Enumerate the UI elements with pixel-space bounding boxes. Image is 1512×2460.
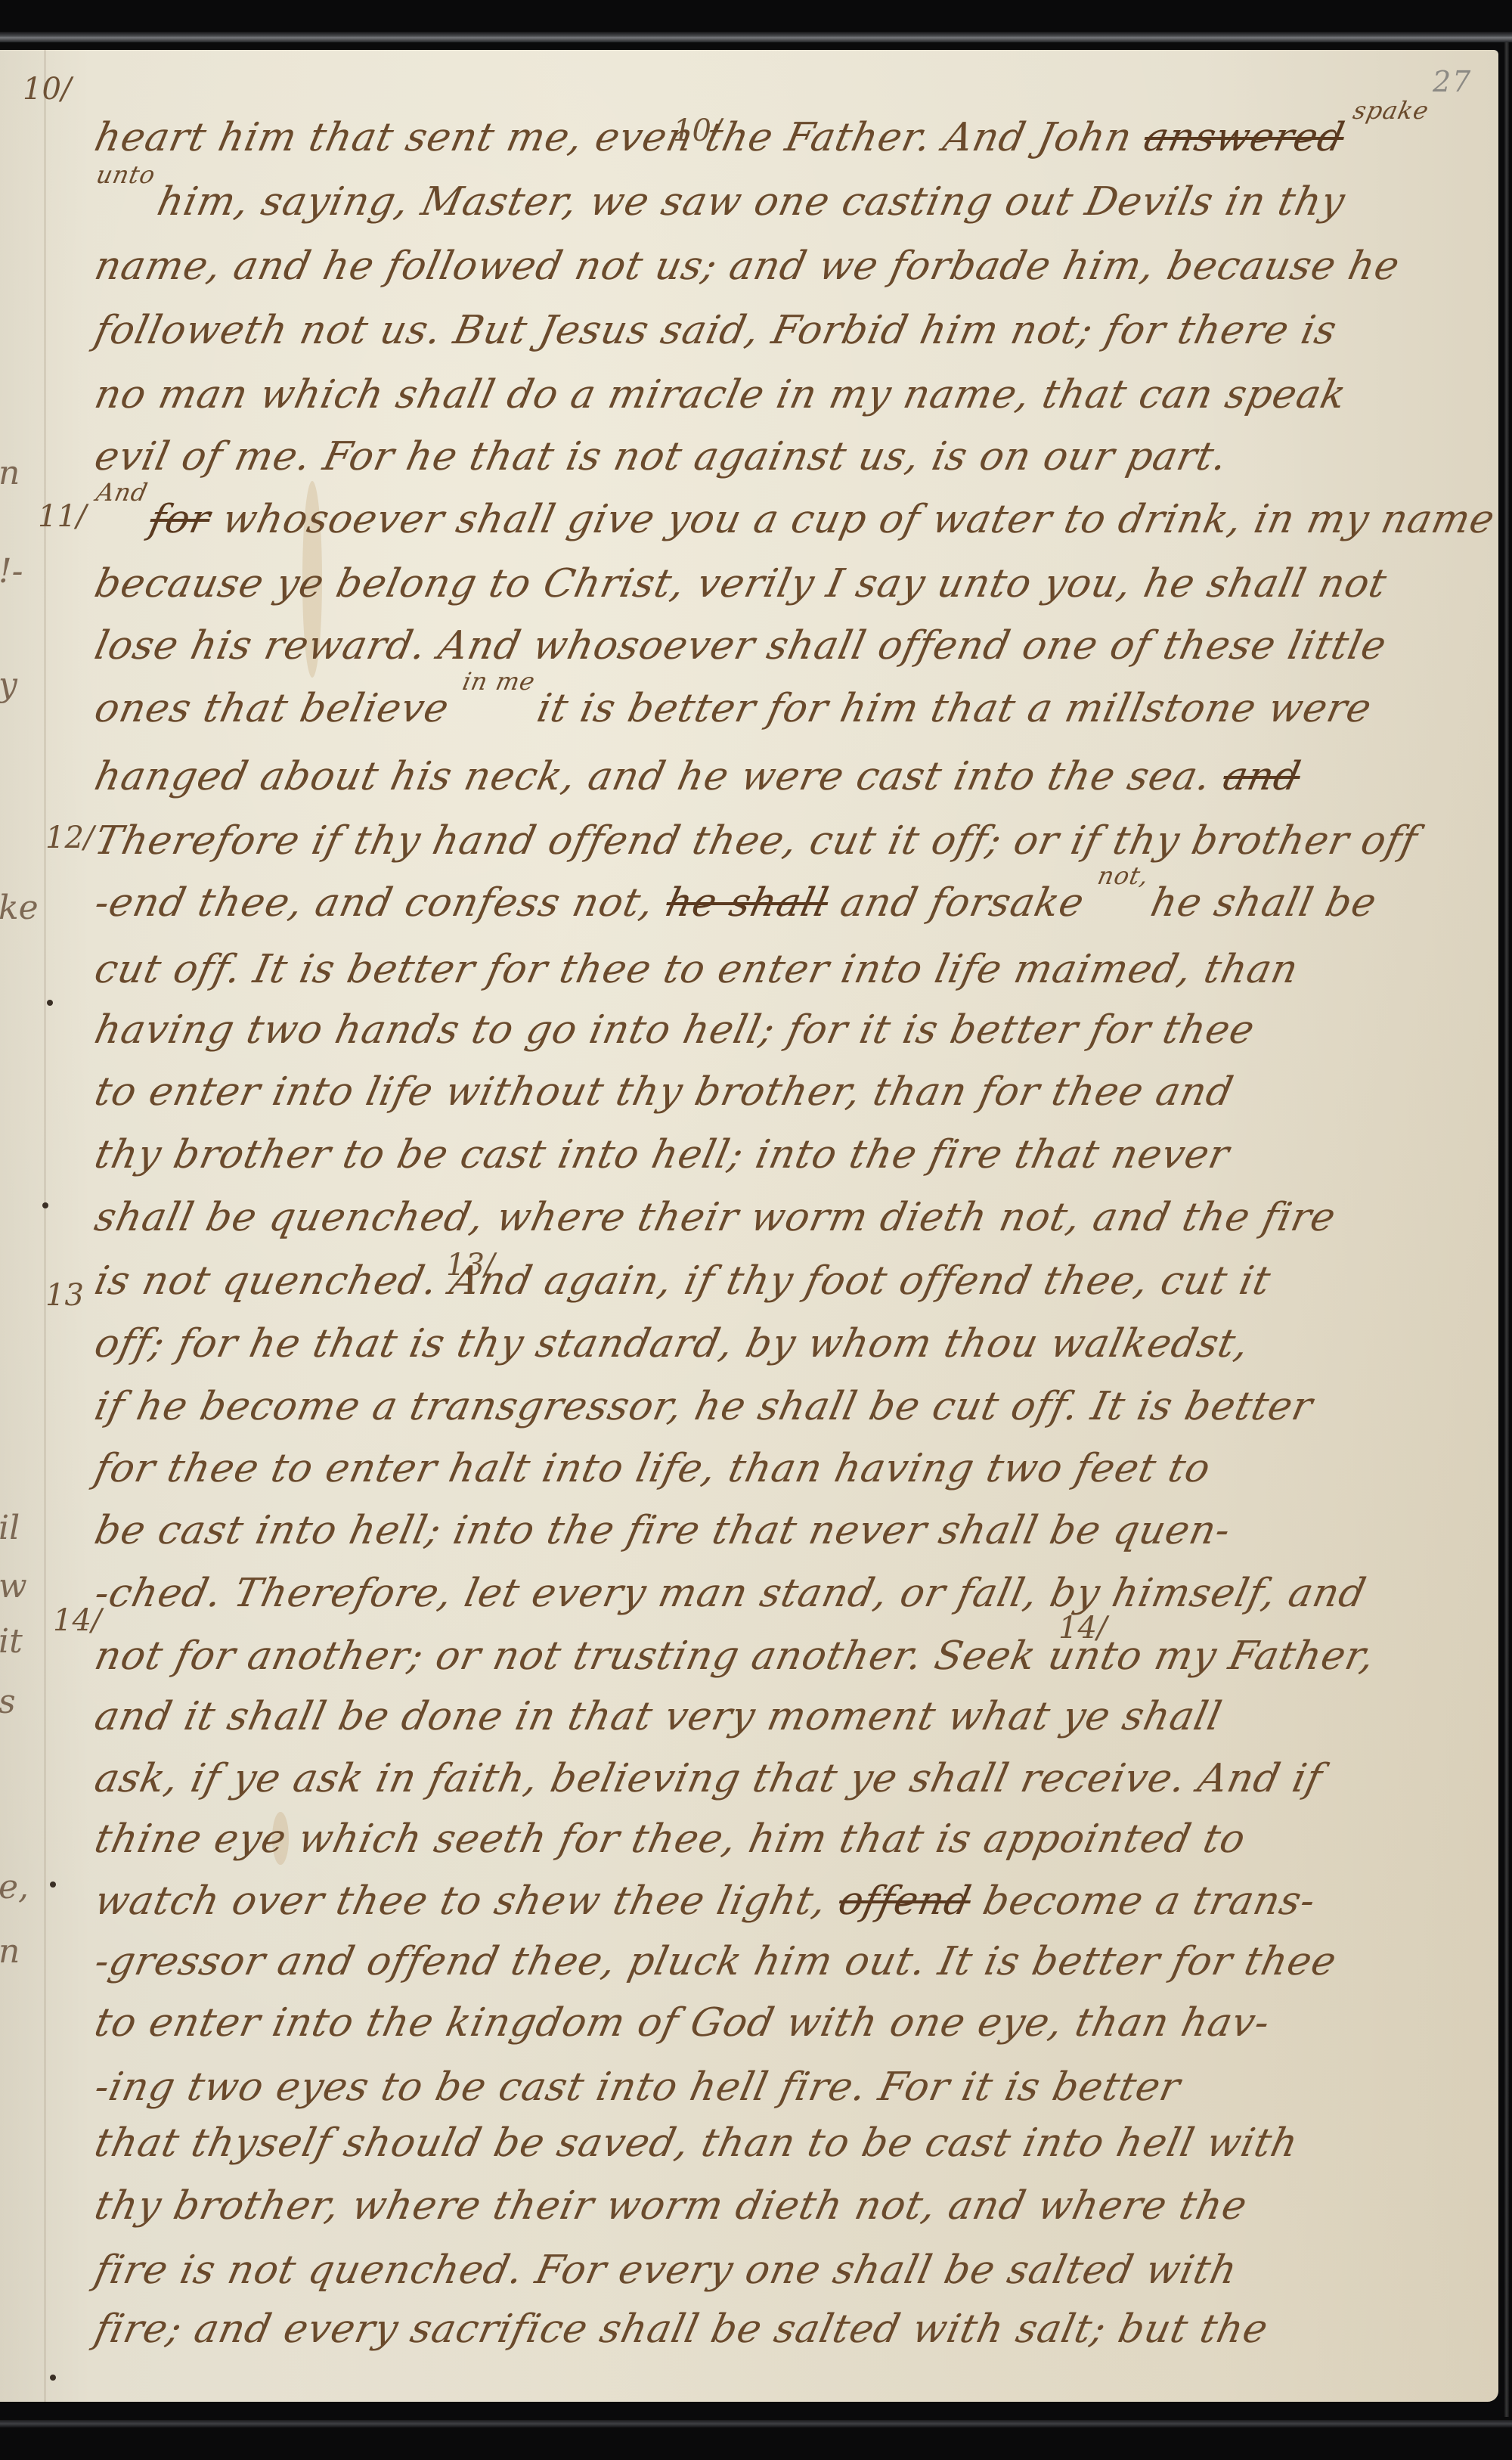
line-text: shall be quenched, where their worm diet… — [91, 1195, 1340, 1240]
manuscript-line: watch over thee to shew thee light, offe… — [91, 1878, 1492, 1924]
line-text: lose his reward. And whosoever shall off… — [91, 623, 1390, 669]
manuscript-line: Therefore if thy hand offend thee, cut i… — [91, 818, 1492, 864]
manuscript-line: off; for he that is thy standard, by who… — [91, 1321, 1492, 1366]
manuscript-line: no man which shall do a miracle in my na… — [91, 372, 1492, 417]
line-text: hanged about his neck, and he were cast … — [91, 754, 1228, 799]
manuscript-line: for thee to enter halt into life, than h… — [91, 1446, 1492, 1491]
adjacent-page-fragment: e, — [0, 1868, 29, 1906]
struck-word: he shall — [662, 880, 833, 926]
line-text: become a trans- — [965, 1878, 1319, 1924]
line-text: he shall be — [1133, 880, 1380, 926]
adjacent-page-fragment: s — [0, 1683, 16, 1721]
line-text: him, saying, Master, we saw one casting … — [140, 179, 1349, 225]
verse-marker: 12/ — [45, 821, 94, 855]
line-text: thy brother to be cast into hell; into t… — [91, 1132, 1234, 1177]
manuscript-line: cut off. It is better for thee to enter … — [91, 947, 1492, 992]
mylar-sleeve-bottom-edge — [0, 2420, 1512, 2427]
manuscript-line: shall be quenched, where their worm diet… — [91, 1195, 1492, 1240]
manuscript-line: unto him, saying, Master, we saw one cas… — [91, 179, 1492, 225]
line-text: -ing two eyes to be cast into hell fire.… — [91, 2064, 1185, 2110]
manuscript-line: is not quenched. And again, if thy foot … — [91, 1258, 1492, 1304]
manuscript-line: fire; and every sacrifice shall be salte… — [91, 2306, 1492, 2352]
line-text: if he become a transgressor, he shall be… — [91, 1384, 1317, 1429]
manuscript-line: lose his reward. And whosoever shall off… — [91, 623, 1492, 669]
line-text: not for another; or not trusting another… — [91, 1633, 1379, 1679]
adjacent-page-fragment: it — [0, 1622, 23, 1661]
manuscript-line: ask, if ye ask in faith, believing that … — [91, 1756, 1492, 1801]
struck-word: offend — [835, 1878, 975, 1924]
verse-marker: 13 — [45, 1278, 84, 1313]
manuscript-line: thy brother, where their worm dieth not,… — [91, 2183, 1492, 2229]
manuscript-line: because ye belong to Christ, verily I sa… — [91, 561, 1492, 606]
manuscript-line: if he become a transgressor, he shall be… — [91, 1384, 1492, 1429]
manuscript-line: that thyself should be saved, than to be… — [91, 2120, 1492, 2166]
manuscript-line: followeth not us. But Jesus said, Forbid… — [91, 308, 1492, 353]
line-text: Therefore if thy hand offend thee, cut i… — [91, 818, 1422, 864]
archival-frame: 27 n!-ykeilwitse,n 10/10/11/12/1313/14/1… — [0, 0, 1512, 2460]
interlinear-insertion: And — [94, 478, 150, 507]
page-crease — [44, 50, 46, 2402]
manuscript-line: not for another; or not trusting another… — [91, 1633, 1492, 1679]
line-text: -ched. Therefore, let every man stand, o… — [91, 1571, 1370, 1616]
line-text: having two hands to go into hell; for it… — [91, 1007, 1259, 1053]
manuscript-line: -end thee, and confess not, he shall and… — [91, 880, 1492, 926]
pinhole — [47, 1000, 53, 1006]
manuscript-line: And for whosoever shall give you a cup o… — [91, 497, 1492, 542]
adjacent-page-fragment: y — [0, 665, 17, 704]
struck-word: and — [1219, 754, 1306, 799]
adjacent-page-fragment: n — [0, 1932, 20, 1971]
line-text: no man which shall do a miracle in my na… — [91, 372, 1350, 417]
interlinear-insertion: unto — [94, 160, 158, 189]
line-text: to enter into the kingdom of God with on… — [91, 2000, 1274, 2046]
manuscript-line: having two hands to go into hell; for it… — [91, 1007, 1492, 1053]
manuscript-line: be cast into hell; into the fire that ne… — [91, 1508, 1492, 1553]
manuscript-line: -ing two eyes to be cast into hell fire.… — [91, 2064, 1492, 2110]
adjacent-page-fragment: il — [0, 1509, 20, 1547]
adjacent-page-fragment: w — [0, 1567, 27, 1605]
line-text: because ye belong to Christ, verily I sa… — [91, 561, 1391, 606]
line-text: cut off. It is better for thee to enter … — [91, 947, 1303, 992]
manuscript-line: -gressor and offend thee, pluck him out.… — [91, 1939, 1492, 1984]
manuscript-line: and it shall be done in that very moment… — [91, 1694, 1492, 1739]
manuscript-line: to enter into life without thy brother, … — [91, 1069, 1492, 1115]
manuscript-line: -ched. Therefore, let every man stand, o… — [91, 1571, 1492, 1616]
line-text: and forsake — [823, 880, 1102, 926]
line-text: -end thee, and confess not, — [91, 880, 671, 926]
pinhole — [42, 1202, 48, 1208]
manuscript-line: to enter into the kingdom of God with on… — [91, 2000, 1492, 2046]
line-text: it is better for him that a millstone we… — [520, 686, 1376, 731]
line-text: be cast into hell; into the fire that ne… — [91, 1508, 1235, 1553]
struck-word: answered — [1140, 115, 1349, 160]
manuscript-line: thine eye which seeth for thee, him that… — [91, 1816, 1492, 1862]
adjacent-page-fragment: ke — [0, 889, 39, 927]
verse-marker: 10/ — [23, 72, 71, 107]
pinhole — [50, 1881, 56, 1888]
struck-word: for — [146, 497, 215, 542]
line-text: off; for he that is thy standard, by who… — [91, 1321, 1253, 1366]
manuscript-line: name, and he followed not us; and we for… — [91, 244, 1492, 289]
line-text: is not quenched. And again, if thy foot … — [91, 1258, 1275, 1304]
interlinear-insertion: not, — [1095, 861, 1152, 890]
adjacent-page-fragment: !- — [0, 552, 23, 591]
line-text: to enter into life without thy brother, … — [91, 1069, 1238, 1115]
interlinear-insertion: in me — [460, 667, 538, 696]
line-text: fire; and every sacrifice shall be salte… — [91, 2306, 1272, 2352]
line-text: heart him that sent me, even the Father.… — [91, 115, 1150, 160]
line-text: ones that believe — [91, 686, 466, 731]
line-text: -gressor and offend thee, pluck him out.… — [91, 1939, 1340, 1984]
adjacent-page-fragment: n — [0, 454, 20, 492]
line-text: thy brother, where their worm dieth not,… — [91, 2183, 1251, 2229]
line-text: thine eye which seeth for thee, him that… — [91, 1816, 1250, 1862]
line-text: and it shall be done in that very moment… — [91, 1694, 1226, 1739]
mylar-sleeve-right-edge — [1504, 42, 1509, 2417]
manuscript-line: hanged about his neck, and he were cast … — [91, 754, 1492, 799]
manuscript-line: evil of me. For he that is not against u… — [91, 434, 1492, 479]
manuscript-line: ones that believe in me it is better for… — [91, 686, 1492, 731]
line-text: watch over thee to shew thee light, — [91, 1878, 844, 1924]
mylar-sleeve-top-edge — [0, 32, 1512, 42]
manuscript-page: 27 n!-ykeilwitse,n 10/10/11/12/1313/14/1… — [0, 50, 1498, 2402]
manuscript-line: heart him that sent me, even the Father.… — [91, 115, 1492, 160]
interlinear-insertion: spake — [1342, 96, 1432, 125]
line-text: followeth not us. But Jesus said, Forbid… — [91, 308, 1341, 353]
manuscript-line: fire is not quenched. For every one shal… — [91, 2248, 1492, 2293]
page-number: 27 — [1433, 65, 1472, 98]
line-text: for thee to enter halt into life, than h… — [91, 1446, 1215, 1491]
line-text: whosoever shall give you a cup of water … — [205, 497, 1498, 542]
pinhole — [50, 2375, 56, 2381]
line-text: ask, if ye ask in faith, believing that … — [91, 1756, 1327, 1801]
line-text: that thyself should be saved, than to be… — [91, 2120, 1303, 2166]
verse-marker: 11/ — [38, 499, 86, 534]
line-text: fire is not quenched. For every one shal… — [91, 2248, 1241, 2293]
line-text: name, and he followed not us; and we for… — [91, 244, 1404, 289]
line-text: evil of me. For he that is not against u… — [91, 434, 1232, 479]
manuscript-line: thy brother to be cast into hell; into t… — [91, 1132, 1492, 1177]
